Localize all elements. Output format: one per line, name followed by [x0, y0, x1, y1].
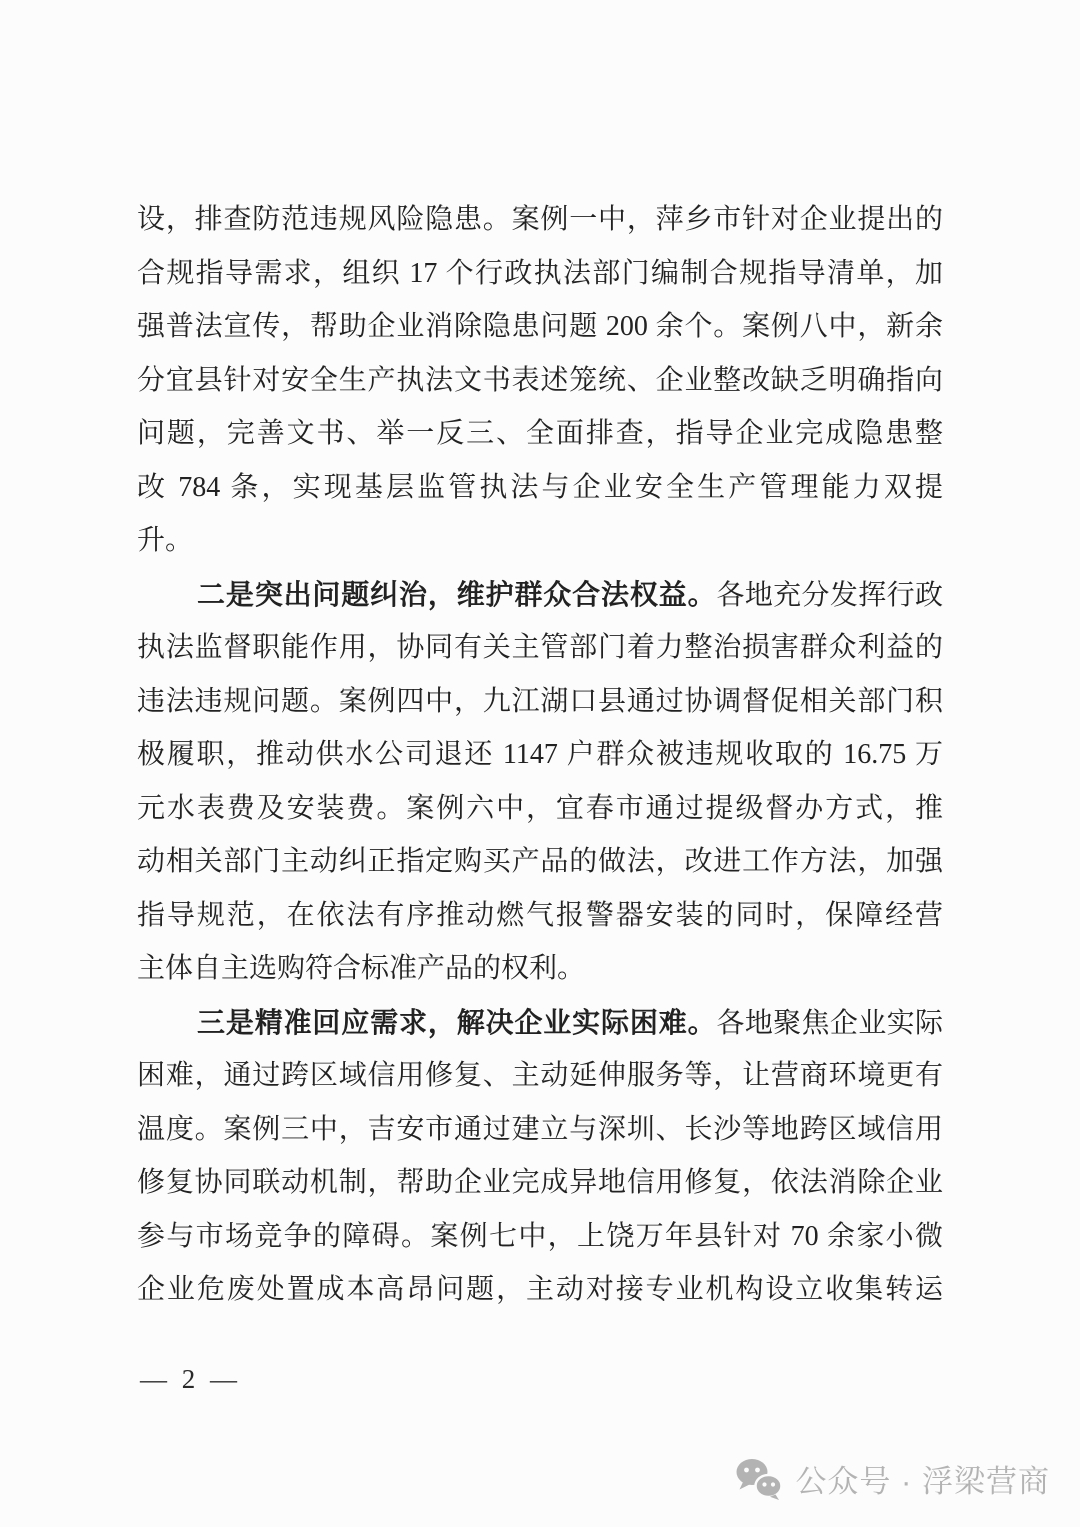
text-line: 执法监督职能作用，协同有关主管部门着力整治损害群众利益的	[137, 621, 943, 675]
text-line: 三是精准回应需求，解决企业实际困难。各地聚焦企业实际	[137, 996, 943, 1050]
text-line: 问题，完善文书、举一反三、全面排查，指导企业完成隐患整	[137, 407, 943, 461]
text-line: 合规指导需求，组织 17 个行政执法部门编制合规指导清单，加	[137, 247, 943, 301]
document-page: 设，排查防范违规风险隐患。案例一中，萍乡市针对企业提出的合规指导需求，组织 17…	[0, 0, 1080, 1527]
watermark-label: 公众号 · 浮梁营商	[795, 1456, 1050, 1501]
text-line: 主体自主选购符合标准产品的权利。	[137, 942, 943, 996]
text-line: 违法违规问题。案例四中，九江湖口县通过协调督促相关部门积	[137, 675, 943, 729]
text-line: 动相关部门主动纠正指定购买产品的做法，改进工作方法，加强	[137, 835, 943, 889]
text-line: 升。	[137, 514, 943, 568]
watermark: 公众号 · 浮梁营商	[735, 1456, 1050, 1501]
page-number: — 2 —	[140, 1364, 241, 1395]
text-line: 企业危废处置成本高昂问题，主动对接专业机构设立收集转运	[137, 1263, 943, 1317]
wechat-icon	[735, 1457, 783, 1501]
document-body: 设，排查防范违规风险隐患。案例一中，萍乡市针对企业提出的合规指导需求，组织 17…	[137, 193, 943, 1317]
text-line: 分宜县针对安全生产执法文书表述笼统、企业整改缺乏明确指向	[137, 354, 943, 408]
text-line: 温度。案例三中，吉安市通过建立与深圳、长沙等地跨区域信用	[137, 1103, 943, 1157]
text-line: 设，排查防范违规风险隐患。案例一中，萍乡市针对企业提出的	[137, 193, 943, 247]
text-line: 修复协同联动机制，帮助企业完成异地信用修复，依法消除企业	[137, 1156, 943, 1210]
text-line: 强普法宣传，帮助企业消除隐患问题 200 余个。案例八中，新余	[137, 300, 943, 354]
text-line: 元水表费及安装费。案例六中，宜春市通过提级督办方式，推	[137, 782, 943, 836]
text-line: 二是突出问题纠治，维护群众合法权益。各地充分发挥行政	[137, 568, 943, 622]
text-line: 指导规范，在依法有序推动燃气报警器安装的同时，保障经营	[137, 889, 943, 943]
text-line: 困难，通过跨区域信用修复、主动延伸服务等，让营商环境更有	[137, 1049, 943, 1103]
text-line: 参与市场竞争的障碍。案例七中，上饶万年县针对 70 余家小微	[137, 1210, 943, 1264]
text-line: 极履职，推动供水公司退还 1147 户群众被违规收取的 16.75 万	[137, 728, 943, 782]
text-line: 改 784 条，实现基层监管执法与企业安全生产管理能力双提	[137, 461, 943, 515]
